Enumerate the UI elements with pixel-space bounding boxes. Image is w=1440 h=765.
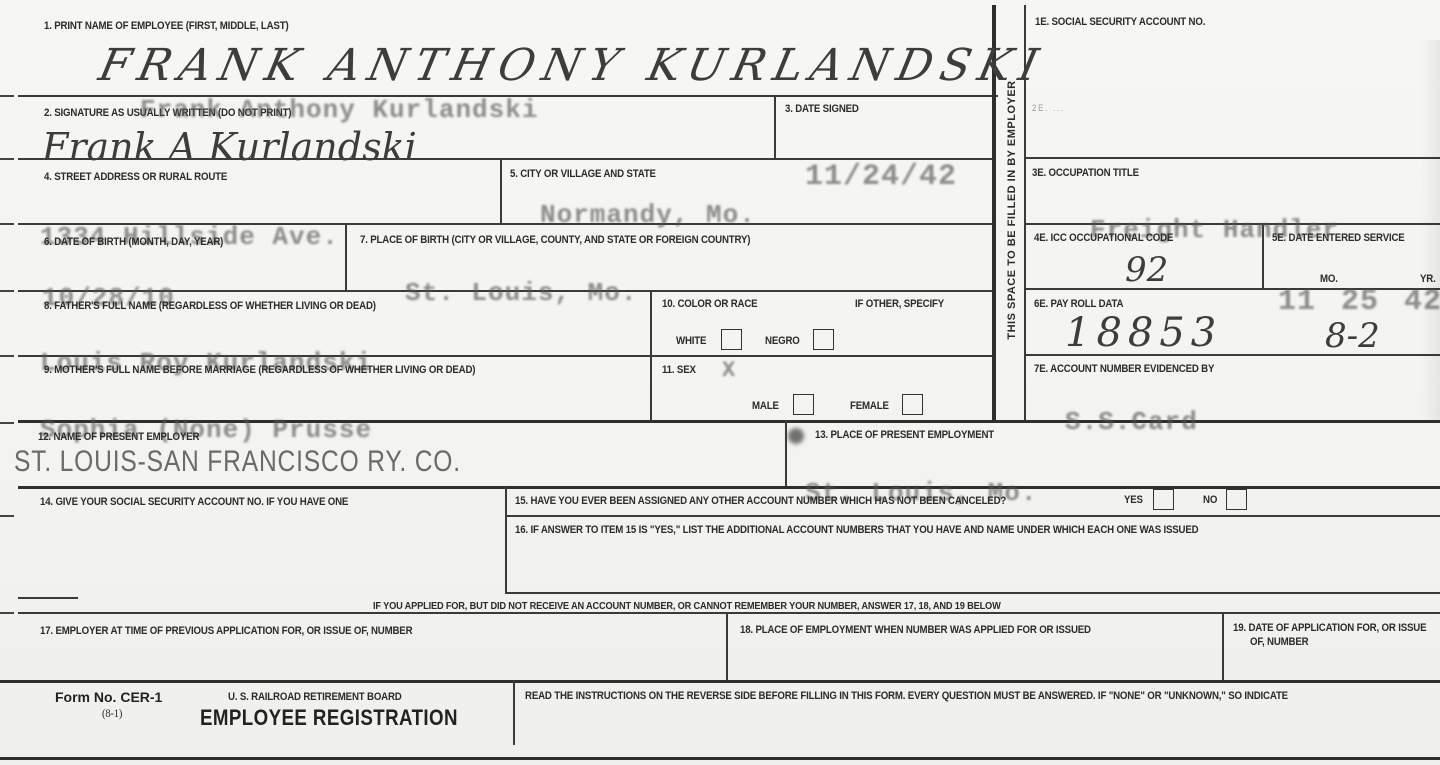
field-1-label: 1. PRINT NAME OF EMPLOYEE (FIRST, MIDDLE… (44, 20, 289, 32)
employee-registration-form: 1. PRINT NAME OF EMPLOYEE (FIRST, MIDDLE… (0, 0, 1440, 765)
employee-signature[interactable]: Frank A Kurlandski (42, 125, 417, 169)
employer-section-label-text: THIS SPACE TO BE FILLED IN BY EMPLOYER (1006, 80, 1018, 339)
sex-female-checkbox[interactable] (902, 394, 923, 415)
field-19-label-line2: OF, NUMBER (1250, 636, 1308, 648)
field-6-label: 6. DATE OF BIRTH (MONTH, DAY, YEAR) (44, 236, 223, 248)
rule-line (500, 158, 502, 223)
field-3e-label: 3E. OCCUPATION TITLE (1032, 167, 1139, 179)
field-14-label: 14. GIVE YOUR SOCIAL SECURITY ACCOUNT NO… (40, 496, 348, 508)
payroll-data-secondary-value[interactable]: 8-2 (1325, 316, 1380, 356)
other-account-no-checkbox[interactable] (1226, 489, 1247, 510)
field-16-label: 16. IF ANSWER TO ITEM 15 IS "YES," LIST … (515, 524, 1198, 536)
field-7e-label: 7E. ACCOUNT NUMBER EVIDENCED BY (1034, 363, 1214, 375)
field-5e-month-label: MO. (1320, 273, 1338, 285)
field-2e-label: 2E. ... (1032, 103, 1065, 113)
payroll-data-value[interactable]: 18853 (1065, 310, 1222, 356)
field-18-label: 18. PLACE OF EMPLOYMENT WHEN NUMBER WAS … (740, 624, 1091, 636)
rule-line (774, 95, 776, 158)
rule-line (726, 612, 728, 680)
rule-line (505, 592, 1440, 594)
field-1e-label: 1E. SOCIAL SECURITY ACCOUNT NO. (1035, 16, 1205, 28)
sex-option-female-label: FEMALE (850, 400, 889, 412)
field-6e-label: 6E. PAY ROLL DATA (1034, 298, 1123, 310)
rule-line (18, 597, 78, 599)
icc-code-value[interactable]: 92 (1125, 250, 1168, 290)
rule-line (1222, 612, 1224, 680)
ink-smudge (788, 428, 804, 444)
sex-option-male-label: MALE (752, 400, 779, 412)
account-evidence-value[interactable]: S.S.Card (1065, 407, 1198, 437)
rule-line (18, 612, 1440, 614)
previous-application-note: IF YOU APPLIED FOR, BUT DID NOT RECEIVE … (373, 600, 1001, 612)
form-instructions: READ THE INSTRUCTIONS ON THE REVERSE SID… (525, 690, 1288, 702)
rule-line (0, 680, 1440, 683)
edge-mark (0, 612, 14, 614)
employee-name-value[interactable]: FRANK ANTHONY KURLANDSKI (95, 40, 1051, 91)
rule-line (505, 486, 507, 592)
edge-mark (0, 355, 14, 357)
field-8-label: 8. FATHER'S FULL NAME (REGARDLESS OF WHE… (44, 300, 376, 312)
form-number: Form No. CER-1 (55, 689, 162, 705)
field-4e-label: 4E. ICC OCCUPATIONAL CODE (1034, 232, 1173, 244)
field-12-label: 12. NAME OF PRESENT EMPLOYER (38, 431, 199, 443)
field-15-no-label: NO (1203, 494, 1217, 506)
race-white-checkbox[interactable] (721, 329, 742, 350)
field-5-label: 5. CITY OR VILLAGE AND STATE (510, 168, 656, 180)
rule-line (505, 515, 1440, 517)
field-9-label: 9. MOTHER'S FULL NAME BEFORE MARRIAGE (R… (44, 364, 475, 376)
field-5e-label: 5E. DATE ENTERED SERVICE (1272, 232, 1405, 244)
place-of-birth-value[interactable]: St. Louis, Mo. (405, 278, 637, 308)
edge-mark (0, 223, 14, 225)
rule-line (785, 420, 787, 486)
date-signed-value[interactable]: 11/24/42 (805, 160, 957, 194)
rule-line (0, 757, 1440, 760)
form-revision: (8-1) (102, 706, 122, 721)
field-15-label: 15. HAVE YOU EVER BEEN ASSIGNED ANY OTHE… (515, 495, 1006, 507)
field-7-label: 7. PLACE OF BIRTH (CITY OR VILLAGE, COUN… (360, 234, 750, 246)
present-employer-value[interactable]: ST. LOUIS-SAN FRANCISCO RY. CO. (14, 445, 461, 479)
edge-mark (0, 422, 14, 424)
form-title: EMPLOYEE REGISTRATION (200, 705, 458, 731)
sex-male-checkbox[interactable] (793, 394, 814, 415)
race-option-negro-label: NEGRO (765, 335, 800, 347)
race-option-white-label: WHITE (676, 335, 706, 347)
date-entered-service-value[interactable]: 11 25 42 (1278, 285, 1440, 319)
edge-mark (0, 95, 14, 97)
race-negro-checkbox[interactable] (813, 329, 834, 350)
field-13-label: 13. PLACE OF PRESENT EMPLOYMENT (815, 429, 994, 441)
field-19-label: 19. DATE OF APPLICATION FOR, OR ISSUE (1233, 622, 1426, 634)
field-11-label: 11. SEX (662, 364, 696, 376)
edge-mark (0, 290, 14, 292)
city-state-value[interactable]: Normandy, Mo. (540, 200, 756, 230)
field-15-yes-label: YES (1124, 494, 1143, 506)
field-10-label: 10. COLOR OR RACE (662, 298, 757, 310)
edge-mark (0, 515, 14, 517)
rule-line (513, 680, 515, 745)
edge-mark (0, 158, 14, 160)
rule-line (650, 290, 652, 420)
field-3-label: 3. DATE SIGNED (785, 103, 859, 115)
other-account-yes-checkbox[interactable] (1153, 489, 1174, 510)
rule-line (1025, 157, 1440, 159)
sex-mark: X (722, 358, 736, 383)
field-17-label: 17. EMPLOYER AT TIME OF PREVIOUS APPLICA… (40, 625, 412, 637)
ghost-typed-text: Frank Anthony Kurlandski (140, 95, 538, 125)
rule-line (345, 223, 347, 290)
agency-name: U. S. RAILROAD RETIREMENT BOARD (228, 691, 402, 703)
field-10-other-label: IF OTHER, SPECIFY (855, 298, 944, 310)
scan-edge-shadow (1420, 40, 1440, 420)
field-4-label: 4. STREET ADDRESS OR RURAL ROUTE (44, 171, 227, 183)
employer-section-label: THIS SPACE TO BE FILLED IN BY EMPLOYER (1003, 80, 1021, 340)
